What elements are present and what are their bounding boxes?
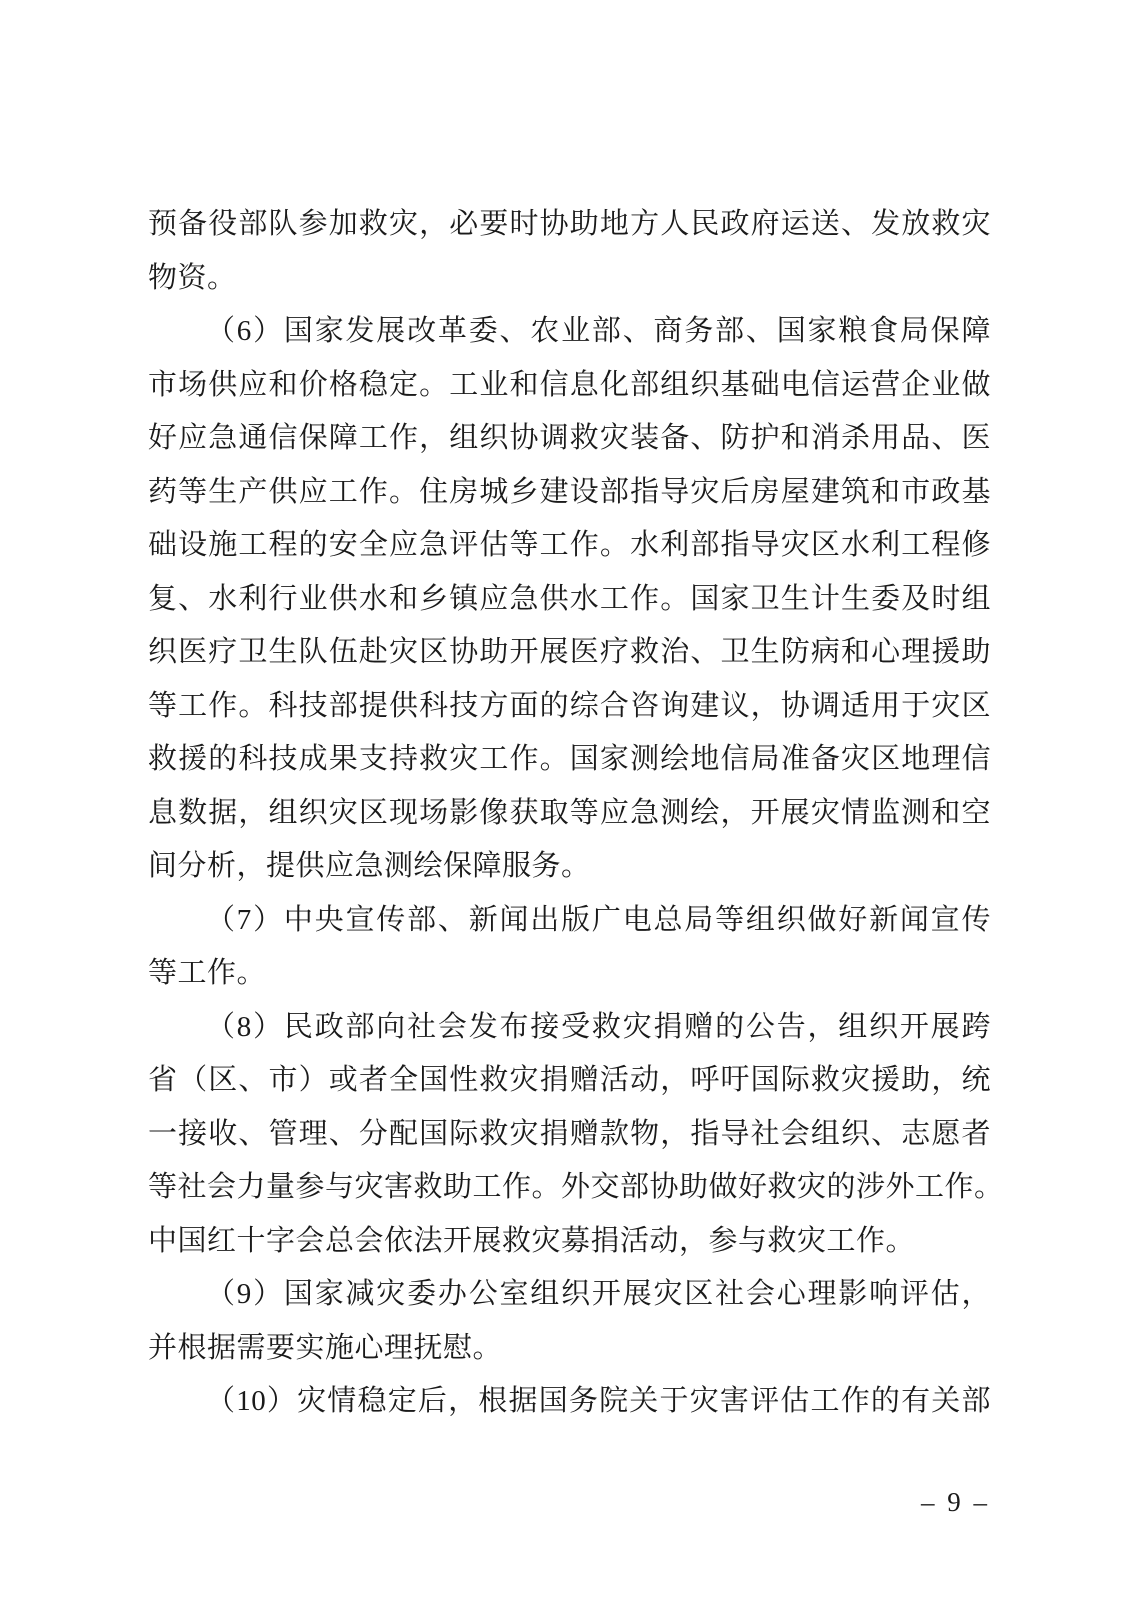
text-line: （6）国家发展改革委、农业部、商务部、国家粮食局保障 — [148, 305, 991, 359]
text-line: 等工作。 — [148, 947, 991, 1001]
text-line: 预备役部队参加救灾，必要时协助地方人民政府运送、发放救灾 — [148, 198, 991, 252]
text-line: （7）中央宣传部、新闻出版广电总局等组织做好新闻宣传 — [148, 894, 991, 948]
text-line: 础设施工程的安全应急评估等工作。水利部指导灾区水利工程修 — [148, 519, 991, 573]
text-line: 织医疗卫生队伍赴灾区协助开展医疗救治、卫生防病和心理援助 — [148, 626, 991, 680]
text-line: 等工作。科技部提供科技方面的综合咨询建议，协调适用于灾区 — [148, 680, 991, 734]
text-line: 中国红十字会总会依法开展救灾募捐活动，参与救灾工作。 — [148, 1215, 991, 1269]
text-line: 好应急通信保障工作，组织协调救灾装备、防护和消杀用品、医 — [148, 412, 991, 466]
text-line: 等社会力量参与灾害救助工作。外交部协助做好救灾的涉外工作。 — [148, 1161, 991, 1215]
text-line: 市场供应和价格稳定。工业和信息化部组织基础电信运营企业做 — [148, 359, 991, 413]
text-line: 救援的科技成果支持救灾工作。国家测绘地信局准备灾区地理信 — [148, 733, 991, 787]
text-line: （8）民政部向社会发布接受救灾捐赠的公告，组织开展跨 — [148, 1001, 991, 1055]
text-line: 一接收、管理、分配国际救灾捐赠款物，指导社会组织、志愿者 — [148, 1108, 991, 1162]
text-line: 复、水利行业供水和乡镇应急供水工作。国家卫生计生委及时组 — [148, 573, 991, 627]
text-line: 息数据，组织灾区现场影像获取等应急测绘，开展灾情监测和空 — [148, 787, 991, 841]
text-line: 间分析，提供应急测绘保障服务。 — [148, 840, 991, 894]
text-line: 物资。 — [148, 252, 991, 306]
text-line: 药等生产供应工作。住房城乡建设部指导灾后房屋建筑和市政基 — [148, 466, 991, 520]
document-body: 预备役部队参加救灾，必要时协助地方人民政府运送、发放救灾物资。（6）国家发展改革… — [148, 198, 991, 1429]
document-page: 预备役部队参加救灾，必要时协助地方人民政府运送、发放救灾物资。（6）国家发展改革… — [0, 0, 1131, 1600]
text-line: （10）灾情稳定后，根据国务院关于灾害评估工作的有关部 — [148, 1375, 991, 1429]
page-number: – 9 – — [921, 1487, 990, 1518]
text-line: 并根据需要实施心理抚慰。 — [148, 1322, 991, 1376]
text-line: 省（区、市）或者全国性救灾捐赠活动，呼吁国际救灾援助，统 — [148, 1054, 991, 1108]
text-line: （9）国家减灾委办公室组织开展灾区社会心理影响评估， — [148, 1268, 991, 1322]
